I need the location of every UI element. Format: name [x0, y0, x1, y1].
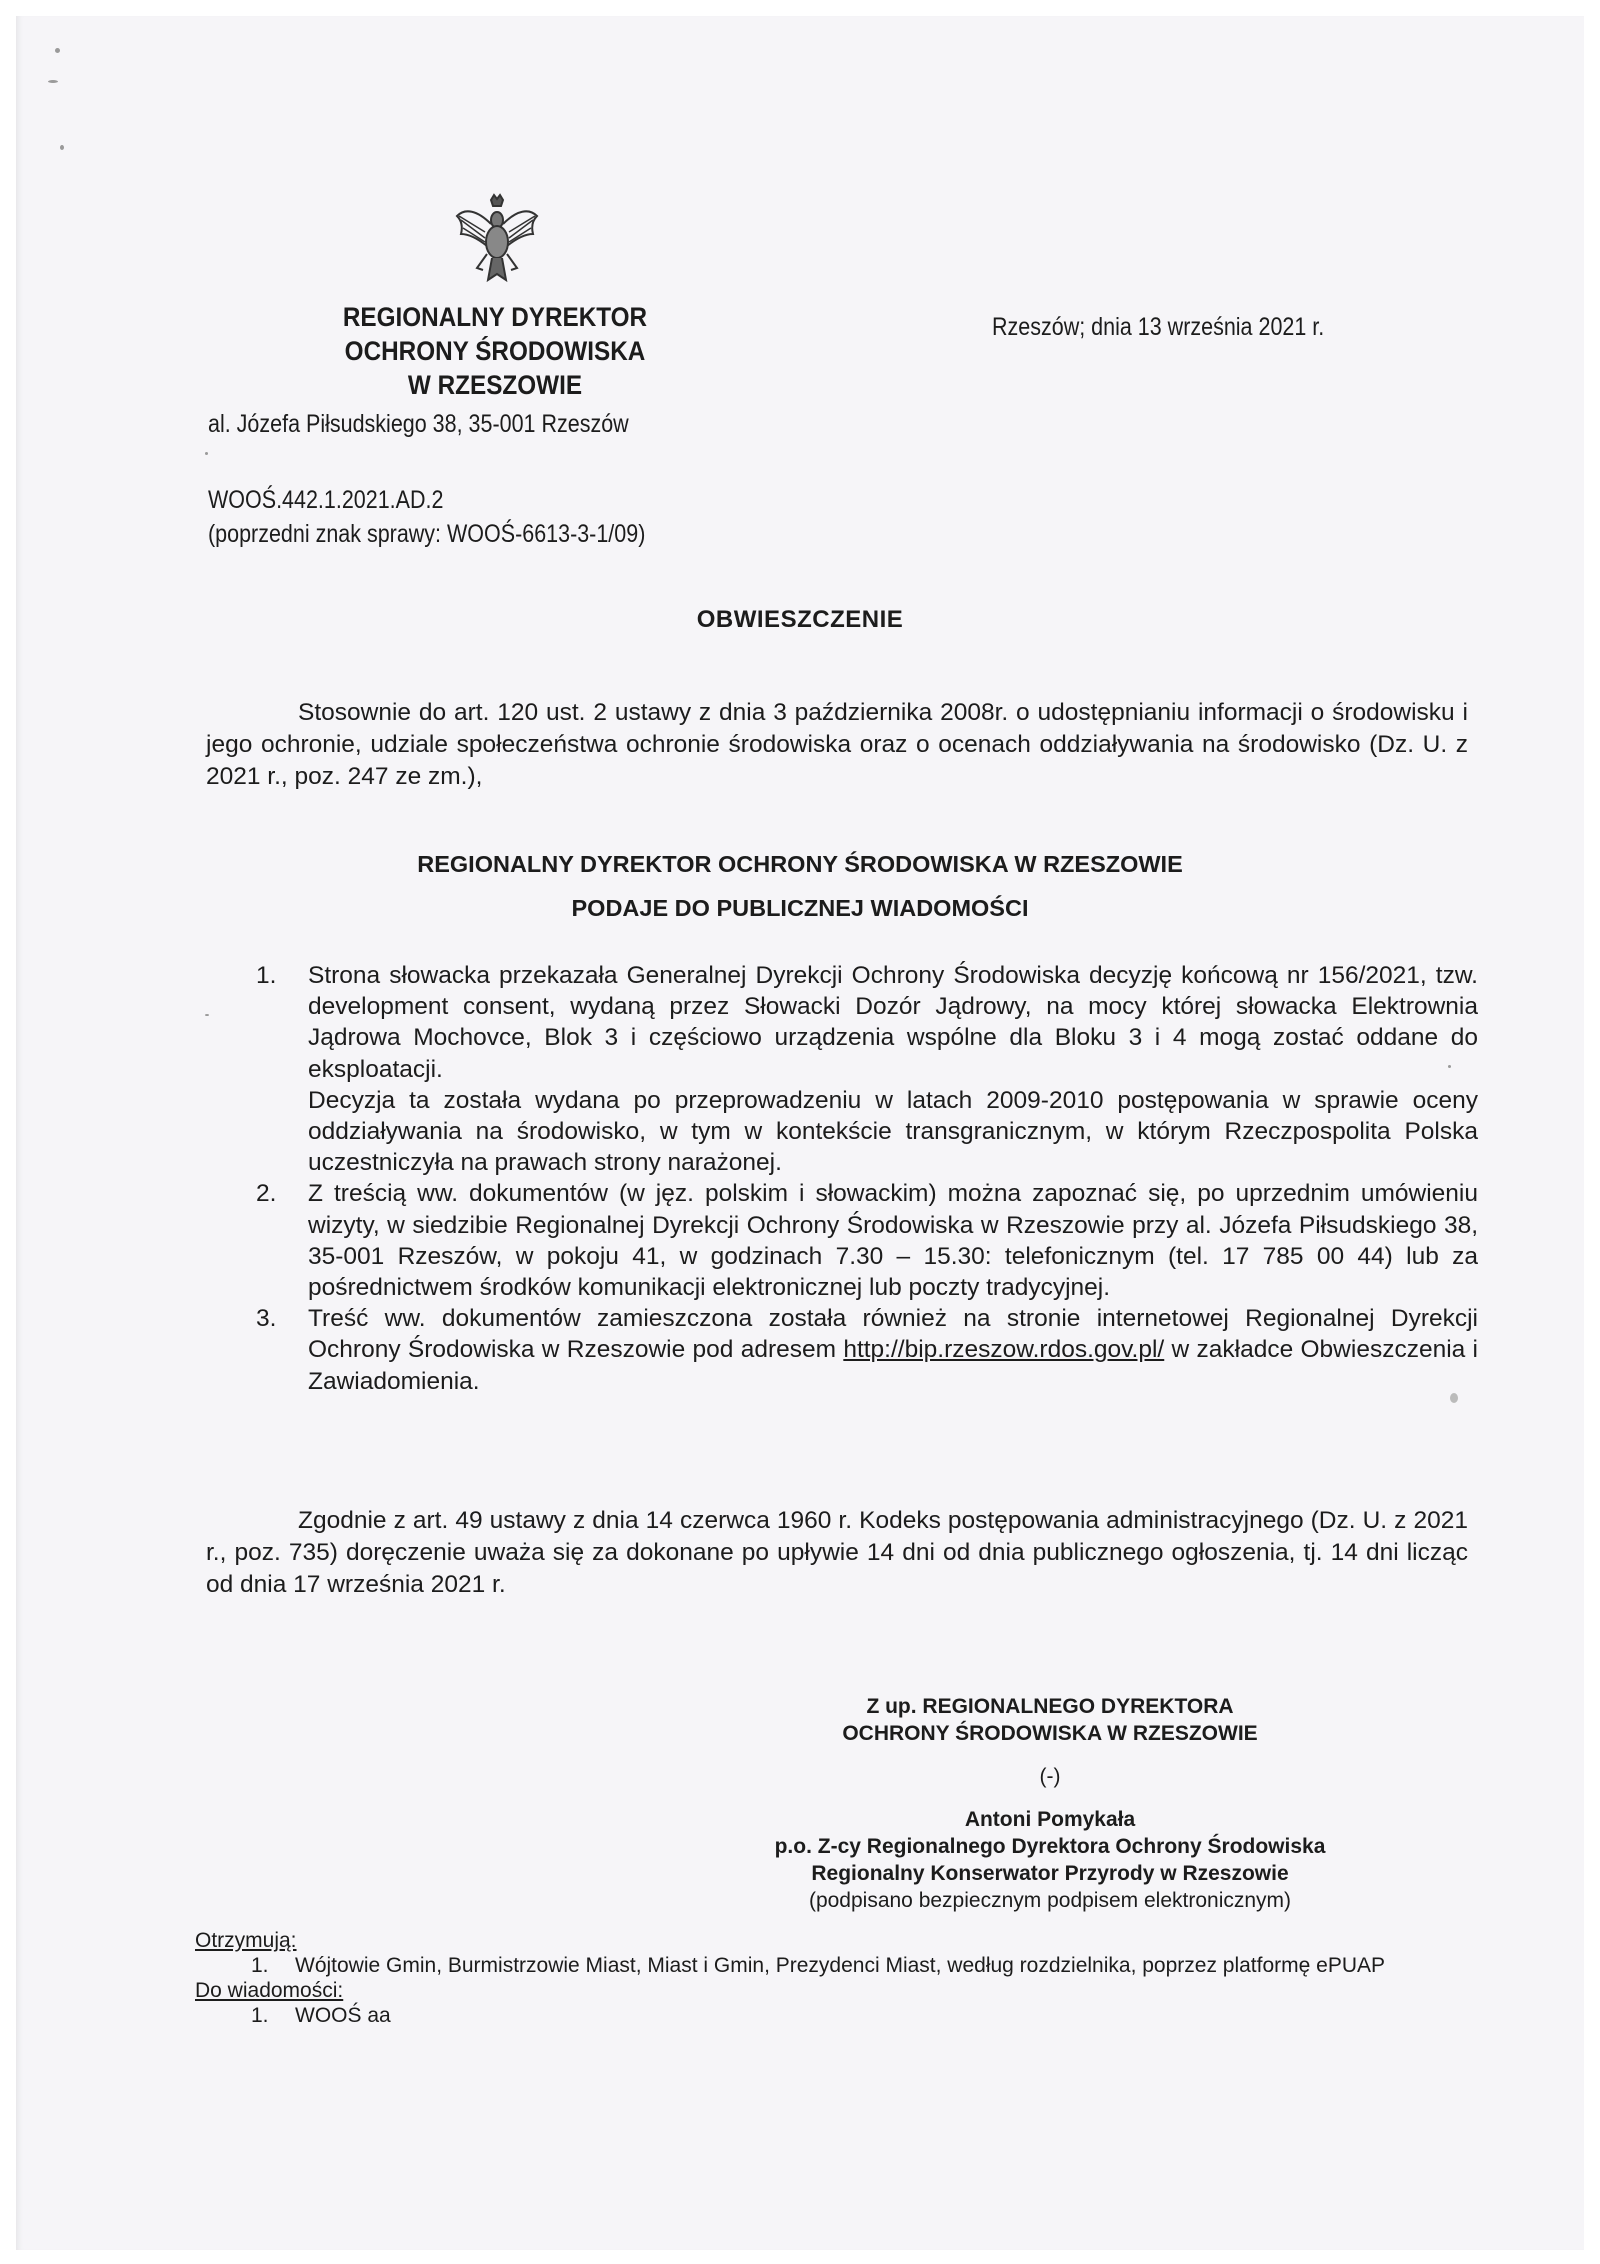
- bip-website-link[interactable]: http://bip.rzeszow.rdos.gov.pl/: [843, 1336, 1164, 1363]
- recipient-item: 1. Wójtowie Gmin, Burmistrzowie Miast, M…: [195, 1953, 1435, 1978]
- scan-speck: [1450, 1393, 1458, 1403]
- authority-line: OCHRONY ŚRODOWISKA W RZESZOWIE: [700, 1720, 1400, 1747]
- issuer-name: REGIONALNY DYREKTOR OCHRONY ŚRODOWISKA W…: [250, 300, 740, 402]
- delivery-notice-paragraph: Zgodnie z art. 49 ustawy z dnia 14 czerw…: [206, 1505, 1468, 1601]
- legal-basis-paragraph: Stosownie do art. 120 ust. 2 ustawy z dn…: [206, 697, 1468, 793]
- scan-speck: [60, 145, 64, 150]
- scan-speck: [55, 48, 60, 53]
- list-item: 1. Strona słowacka przekazała Generalnej…: [248, 960, 1478, 1178]
- scan-speck: [205, 1014, 209, 1016]
- signature-mark: (-): [700, 1763, 1400, 1790]
- signature-note: (podpisano bezpiecznym podpisem elektron…: [700, 1887, 1400, 1914]
- issuer-line: W RZESZOWIE: [275, 368, 716, 402]
- case-number: WOOŚ.442.1.2021.AD.2: [208, 483, 443, 517]
- previous-case-number: (poprzedni znak sprawy: WOOŚ-6613-3-1/09…: [208, 517, 645, 551]
- polish-eagle-emblem-icon: [447, 190, 547, 290]
- signatory-position: p.o. Z-cy Regionalnego Dyrektora Ochrony…: [700, 1833, 1400, 1860]
- issuer-line: OCHRONY ŚRODOWISKA: [275, 334, 716, 368]
- list-item: 2. Z treścią ww. dokumentów (w jęz. pols…: [248, 1178, 1478, 1303]
- signatory-name: Antoni Pomykała: [700, 1806, 1400, 1833]
- scan-speck: [1448, 1065, 1451, 1068]
- issuer-line: REGIONALNY DYREKTOR: [275, 300, 716, 334]
- authority-line: Z up. REGIONALNEGO DYREKTORA: [700, 1693, 1400, 1720]
- distribution-list: Otrzymują: 1. Wójtowie Gmin, Burmistrzow…: [195, 1928, 1435, 2028]
- cc-label: Do wiadomości:: [195, 1978, 1435, 2003]
- place-and-date: Rzeszów; dnia 13 września 2021 r.: [992, 313, 1378, 342]
- case-reference: WOOŚ.442.1.2021.AD.2 (poprzedni znak spr…: [208, 483, 717, 551]
- cc-item: 1. WOOŚ aa: [195, 2003, 1435, 2028]
- document-title: OBWIESZCZENIE: [0, 606, 1600, 634]
- scan-speck: [205, 452, 208, 455]
- signature-block: Z up. REGIONALNEGO DYREKTORA OCHRONY ŚRO…: [700, 1693, 1400, 1914]
- announcement-heading: REGIONALNY DYREKTOR OCHRONY ŚRODOWISKA W…: [0, 851, 1600, 878]
- issuer-address: al. Józefa Piłsudskiego 38, 35-001 Rzesz…: [208, 410, 697, 439]
- announcement-subheading: PODAJE DO PUBLICZNEJ WIADOMOŚCI: [0, 895, 1600, 922]
- recipients-label: Otrzymują:: [195, 1928, 1435, 1953]
- list-item: 3. Treść ww. dokumentów zamieszczona zos…: [248, 1303, 1478, 1397]
- scan-speck: [48, 80, 58, 83]
- signatory-position: Regionalny Konserwator Przyrody w Rzeszo…: [700, 1860, 1400, 1887]
- announcement-items: 1. Strona słowacka przekazała Generalnej…: [248, 960, 1478, 1397]
